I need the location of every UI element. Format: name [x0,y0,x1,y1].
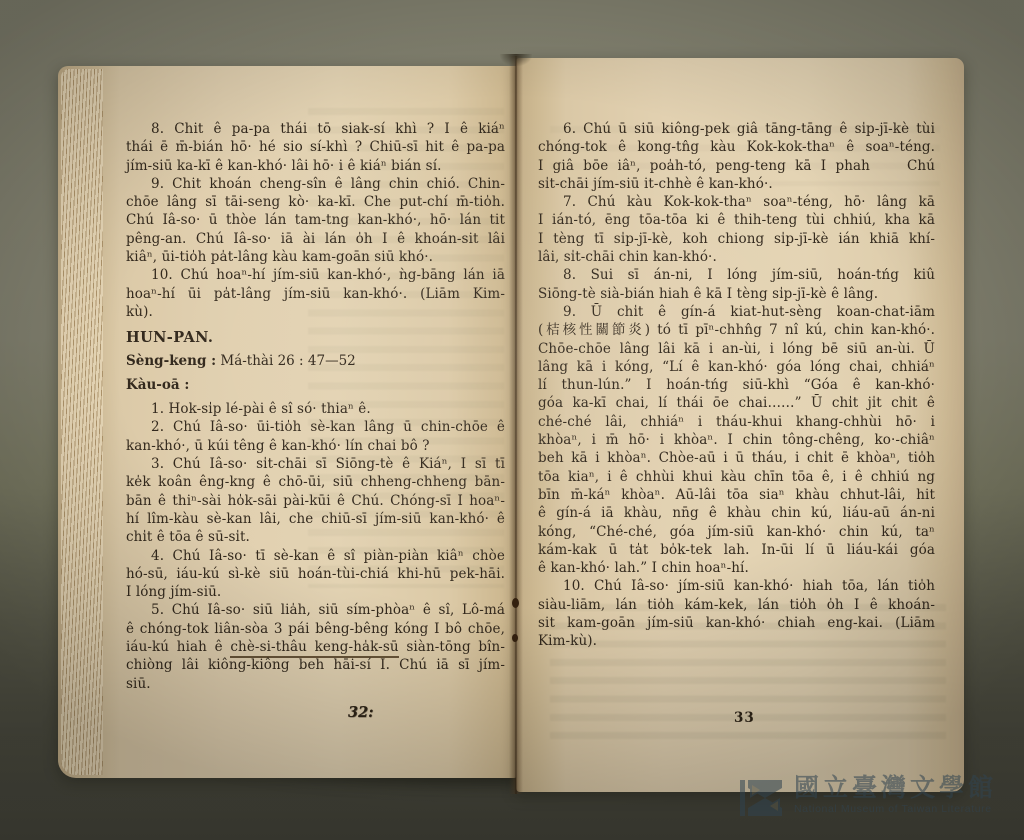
text-line: siàu-liām, lán tio̍h kám-kek, lán tio̍h … [538,596,935,614]
right-page-text: 6. Chú ū siū kiông-pek giâ tāng-tāng ê s… [538,120,935,651]
left-page-text: 8. Chit ê pa-pa thái tō siak-sí khì ? I … [126,120,505,693]
text-line: si̍t-chāi jím-siū it-chhè ê kan-khó·. [538,175,935,193]
text-line: lâng kā i kóng, “Lí ê kan-khó· góa lóng … [538,358,935,376]
text-line: kiâⁿ, ūi-tio̍h pa̍t-lâng kàu kam-goān si… [126,248,505,266]
scripture-label: Sèng-keng : [126,353,216,369]
text-line: ê gín-á iā khàu, nn̄g ê khàu chin kú, li… [538,504,935,522]
text-segment: siàn-tōng bîn- [399,639,505,655]
text-line: Chú Iâ-so· ū thòe lán tam-tng kan-khó·, … [126,211,505,229]
text-line: kám-kak ū ta̍t bo̍k-tek lah. In-ūi lí ū … [538,541,935,559]
text-line: tōa kiaⁿ, i ê chhùi khui kàu chīn tōa ê,… [538,468,935,486]
text-line: Kim-kù). [538,632,935,650]
text-line: chi̍t ê tōa ê sū-si̍t. [126,528,505,546]
text-line: 6. Chú ū siū kiông-pek giâ tāng-tāng ê s… [538,120,935,138]
text-line: sit kam-goān jím-siū kan-khó· chiah eng-… [538,614,935,632]
scripture-reference-line: Sèng-keng : Má-thài 26 : 47—52 [126,352,505,370]
section-heading: HUN-PAN. [126,329,505,347]
text-line: chōe lâng sī tāi-seng kò· ka-kī. Che put… [126,193,505,211]
museum-watermark: 國立臺灣文學館 National Museum of Taiwan Litera… [740,774,997,822]
text-line: 9. Ū chi̍t ê gín-á kiat-hut-sèng koan-ch… [538,303,935,321]
text-line: (桔核性關節炎) tó tī pīⁿ-chhn̂g 7 nî kú, chin … [538,321,935,339]
text-line: siū. [126,675,505,693]
text-line: beh kā i khòaⁿ. Chòe-aū i ū tháu, i chi̍… [538,449,935,467]
museum-watermark-text: 國立臺灣文學館 National Museum of Taiwan Litera… [794,774,997,816]
text-line: 3. Chú Iâ-so· si̍t-chāi sī Siōng-tè ê Ki… [126,455,505,473]
binding-stitch [512,598,519,608]
text-line: hó-sū, iáu-kú sì-kè siū hoán-tùi-chiá kh… [126,565,505,583]
text-segment: iáu-kú hiah ê [126,639,230,655]
text-line: I giâ bōe iâⁿ, poa̍h-tó, peng-teng kā I … [538,157,935,175]
text-line: kan-khó·, ū kúi têng ê kan-khó· lín chai… [126,437,505,455]
binding-stitch [512,634,518,642]
text-line: chiòng lâi kiông-kiông beh hāi-sí I. Chú… [126,656,505,674]
text-line: 8. Sui sī án-ni, I lóng jím-siū, hoán-tń… [538,266,935,284]
page-number-left: 32: [348,704,374,721]
text-line: khòaⁿ, i m̄ hō· i khòaⁿ. I chin tông-chê… [538,431,935,449]
text-line: 4. Chú Iâ-so· tī sè-kan ê sî piàn-piàn k… [126,547,505,565]
text-line: iáu-kú hiah ê chè-si-thâu keng-ha̍k-sū s… [126,638,505,656]
text-line: kù). [126,303,505,321]
text-line: 10. Chú hoaⁿ-hí jím-siū kan-khó·, ǹg-bān… [126,266,505,284]
museum-title-zh: 國立臺灣文學館 [794,774,997,802]
text-line: lâi, si̍t-chāi chin kan-khó·. [538,248,935,266]
text-line: 1. Hok-si̍p lé-pài ê sî só· thiaⁿ ê. [126,400,505,418]
text-line: 8. Chit ê pa-pa thái tō siak-sí khì ? I … [126,120,505,138]
page-edge-stack [61,69,103,775]
text-line: hoaⁿ-hí ūi pa̍t-lâng jím-siū kan-khó·. (… [126,285,505,303]
text-line: ché-ché lâi, chhiáⁿ i tháu-khui khang-ch… [538,413,935,431]
text-line: kóng, “Ché-ché, góa jím-siū kan-khó· chi… [538,523,935,541]
text-line: pêng-an. Chú Iâ-so· iā ài lán o̍h I ê kh… [126,230,505,248]
text-line: jím-siū ka-kī ê kan-khó· lâi hō· i ê kiá… [126,157,505,175]
text-line: lí thun-lún.” I hoán-tńg siū-khì “Góa ê … [538,376,935,394]
text-line: hí lîm-kàu sè-kan lâi, che chiū-sī jím-s… [126,510,505,528]
text-line: I tèng tī si̍p-jī-kè, koh chiong si̍p-jī… [538,230,935,248]
underlined-phrase: chè-si-thâu keng-ha̍k-sū [230,639,398,658]
text-line: Siōng-tè sià-bián hiah ê kā I tèng si̍p-… [538,285,935,303]
text-line: bān ê thiⁿ-sài ho̍k-sāi pài-kūi ê Chú. C… [126,492,505,510]
museum-title-en: National Museum of Taiwan Literature [794,803,997,816]
text-line: 2. Chú Iâ-so· ūi-tio̍h sè-kan lâng ū chi… [126,418,505,436]
text-line: thái ē m̄-bián hō· hé sio sí-khì ? Chiū-… [126,138,505,156]
text-line: chóng-tok ê kong-tn̂g kàu Kok-kok-thaⁿ ê… [538,138,935,156]
text-line: 9. Chit khoán cheng-sîn ê lâng chin chió… [126,175,505,193]
text-line: I ián-tó, ēng tōa-tōa ki ê thih-teng tùi… [538,211,935,229]
text-line: 7. Chú kàu Kok-kok-thaⁿ soaⁿ-téng, hō· l… [538,193,935,211]
photographed-book-scene: 8. Chit ê pa-pa thái tō siak-sí khì ? I … [0,0,1024,840]
museum-logo-icon [740,774,782,822]
page-number-right: 33 [734,710,755,726]
text-line: góa ka-kī chai, lí thái ōe chai……” Ū chi… [538,394,935,412]
text-line: bīn m̄-káⁿ khòaⁿ. Aū-lâi tōa siaⁿ khàu c… [538,486,935,504]
text-line: I lóng jím-siū. [126,583,505,601]
text-line: ê chóng-tok liân-sòa 3 pái bêng-bêng kón… [126,620,505,638]
open-book: 8. Chit ê pa-pa thái tō siak-sí khì ? I … [58,56,966,796]
text-line: Chōe-chōe lâng lâi kā i an-ùi, i lóng bē… [538,340,935,358]
text-line: 10. Chú Iâ-so· jím-siū kan-khó· hiah tōa… [538,577,935,595]
scripture-value: Má-thài 26 : 47—52 [216,353,356,369]
text-line: ke̍k koân êng-kng ê chō-ūi, siū chheng-c… [126,473,505,491]
text-line: 5. Chú Iâ-so· siū lia̍h, siū sím-phòaⁿ ê… [126,601,505,619]
text-line: ê kan-khó· lah.” I chin hoaⁿ-hí. [538,559,935,577]
section-subheading: Kàu-oā : [126,376,505,394]
binding-top-shadow [500,54,532,66]
